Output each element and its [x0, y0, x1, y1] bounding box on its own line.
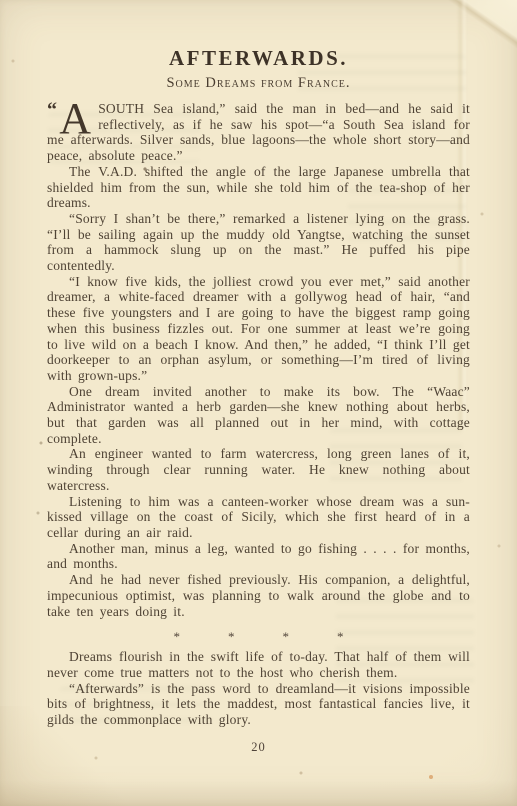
paragraph: One dream invited another to make its bo…: [47, 384, 470, 447]
text-block: AFTERWARDS. Some Dreams from France. “AS…: [0, 0, 517, 728]
paragraph: Listening to him was a canteen-worker wh…: [47, 494, 470, 541]
paragraph: “I know five kids, the jolliest crowd yo…: [47, 274, 470, 384]
book-page: AFTERWARDS. Some Dreams from France. “AS…: [0, 0, 517, 806]
open-quote-mark: “: [47, 102, 57, 118]
page-number: 20: [0, 740, 517, 755]
drop-cap-group: “A: [47, 102, 91, 132]
page-title: AFTERWARDS.: [47, 46, 470, 70]
paragraph: And he had never fished previously. His …: [47, 572, 470, 619]
drop-cap-letter: A: [59, 102, 91, 136]
closing-paragraph: “Afterwards” is the pass word to dreamla…: [47, 681, 470, 728]
asterisk-glyph: *: [228, 630, 235, 644]
lead-paragraph: “ASOUTH Sea island,” said the man in bed…: [47, 101, 470, 164]
lead-paragraph-text: SOUTH Sea island,” said the man in bed—a…: [47, 101, 470, 163]
asterisk-glyph: *: [174, 630, 181, 644]
asterisk-glyph: *: [337, 630, 344, 644]
bottom-edge-shadow: [0, 780, 517, 806]
paragraph: The V.A.D. shifted the angle of the larg…: [47, 164, 470, 211]
paragraph: Another man, minus a leg, wanted to go f…: [47, 541, 470, 572]
asterisk-separator: * * * *: [47, 630, 470, 644]
paragraph: An engineer wanted to farm watercress, l…: [47, 446, 470, 493]
asterisk-glyph: *: [283, 630, 290, 644]
page-subtitle: Some Dreams from France.: [47, 75, 470, 91]
paragraph: “Sorry I shan’t be there,” remarked a li…: [47, 211, 470, 274]
closing-paragraph: Dreams flourish in the swift life of to-…: [47, 649, 470, 680]
